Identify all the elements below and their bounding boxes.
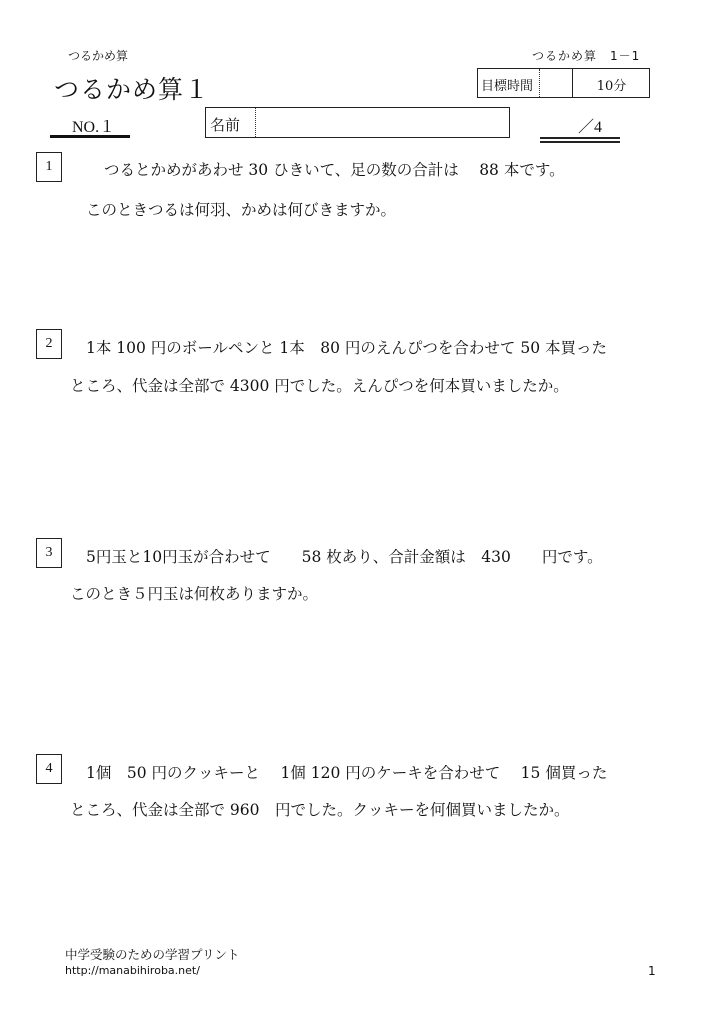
question-number-box: 4 [36,754,62,784]
footer-url[interactable]: http://manabihiroba.net/ [65,964,200,977]
question-text-line: このときつるは何羽、かめは何びきますか。 [86,198,396,220]
worksheet-subtitle: つるかめ算 [68,47,128,64]
target-time-value: 10分 [574,75,649,94]
worksheet-number: NO.１ [72,114,115,137]
question-text-line: このとき５円玉は何枚ありますか。 [70,582,318,604]
worksheet-title: つるかめ算１ [54,70,210,106]
target-time-label: 目標時間 [481,75,533,94]
question-text-line: ところ、代金は全部で 4300 円でした。えんぴつを何本買いましたか。 [70,374,569,396]
score-underline [540,141,620,143]
score-total: ／4 [578,114,602,137]
divider [572,69,573,97]
question-text-line: 5円玉と10円玉が合わせて 58 枚あり、合計金額は 430 円です。 [86,545,603,567]
target-time-box: 目標時間 10分 [477,68,650,98]
question-number-box: 1 [36,152,62,182]
dotted-divider [255,108,256,137]
question-text-line: 1本 100 円のボールペンと 1本 80 円のえんぴつを合わせて 50 本買っ… [86,336,607,358]
dotted-divider [539,69,540,97]
question-text-line: つるとかめがあわせ 30 ひきいて、足の数の合計は 88 本です。 [104,158,565,180]
number-underline [50,135,130,138]
footer-title: 中学受験のための学習プリント [65,945,240,963]
question-text-line: ところ、代金は全部で 960 円でした。クッキーを何個買いましたか。 [70,798,570,820]
name-field[interactable]: 名前 [205,107,510,138]
question-text-line: 1個 50 円のクッキーと 1個 120 円のケーキを合わせて 15 個買った [86,761,607,783]
score-underline [540,137,620,139]
question-number-box: 2 [36,329,62,359]
name-label: 名前 [210,114,240,135]
page-number: 1 [648,964,656,978]
worksheet-code: つるかめ算 1－1 [532,47,640,64]
question-number-box: 3 [36,538,62,568]
